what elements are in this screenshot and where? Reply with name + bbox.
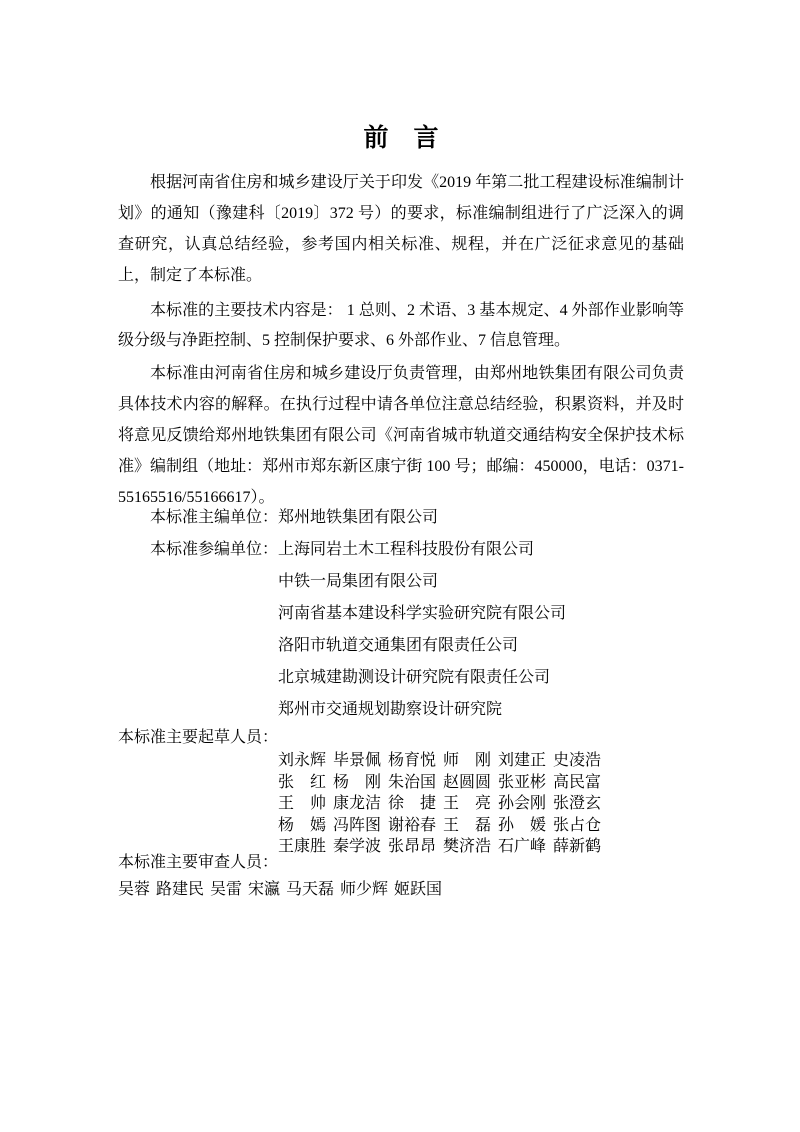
participant-value: 中铁一局集团有限公司 bbox=[118, 566, 684, 598]
participant-row: 河南省基本建设科学实验研究院有限公司 bbox=[118, 598, 684, 630]
intro-paragraph: 根据河南省住房和城乡建设厅关于印发《2019 年第二批工程建设标准编制计划》的通… bbox=[118, 167, 684, 291]
drafter-name-row: 王 帅 康龙洁 徐 捷 王 亮 孙会刚 张澄玄 bbox=[278, 793, 688, 815]
drafter-name-row: 刘永辉 毕景佩 杨育悦 师 刚 刘建正 史凌浩 bbox=[278, 750, 688, 772]
drafter-name-row: 王康胜 秦学波 张昂昂 樊济浩 石广峰 薛新鹤 bbox=[278, 836, 688, 858]
participant-value: 北京城建勘测设计研究院有限责任公司 bbox=[118, 662, 684, 694]
drafters-label: 本标准主要起草人员： bbox=[118, 722, 278, 754]
participant-label: 本标准参编单位： bbox=[150, 534, 278, 566]
participant-value: 河南省基本建设科学实验研究院有限公司 bbox=[118, 598, 684, 630]
participant-row: 中铁一局集团有限公司 bbox=[118, 566, 684, 598]
page-title: 前 言 bbox=[118, 123, 684, 153]
chief-editor-label: 本标准主编单位： bbox=[150, 502, 278, 534]
participant-row: 洛阳市轨道交通集团有限责任公司 bbox=[118, 630, 684, 662]
drafters-names: 刘永辉 毕景佩 杨育悦 师 刚 刘建正 史凌浩 张 红 杨 刚 朱治国 赵圆圆 … bbox=[278, 750, 688, 858]
participant-value: 洛阳市轨道交通集团有限责任公司 bbox=[118, 630, 684, 662]
reviewers-names: 吴蓉 路建民 吴雷 宋瀛 马天磊 师少辉 姬跃国 bbox=[118, 878, 684, 902]
drafter-name-row: 杨 嫣 冯阵图 谢裕春 王 磊 孙 媛 张占仓 bbox=[278, 815, 688, 837]
reviewers-label: 本标准主要审查人员： bbox=[118, 852, 278, 874]
drafter-name-row: 张 红 杨 刚 朱治国 赵圆圆 张亚彬 高民富 bbox=[278, 772, 688, 794]
management-paragraph: 本标准由河南省住房和城乡建设厅负责管理，由郑州地铁集团有限公司负责具体技术内容的… bbox=[118, 358, 684, 513]
organizations-list: 本标准主编单位： 郑州地铁集团有限公司 本标准参编单位： 上海同岩土木工程科技股… bbox=[118, 502, 684, 726]
document-page: 前 言 根据河南省住房和城乡建设厅关于印发《2019 年第二批工程建设标准编制计… bbox=[0, 0, 800, 1132]
chief-editor-row: 本标准主编单位： 郑州地铁集团有限公司 bbox=[118, 502, 684, 534]
participant-row: 本标准参编单位： 上海同岩土木工程科技股份有限公司 bbox=[118, 534, 684, 566]
contents-paragraph: 本标准的主要技术内容是： 1 总则、2 术语、3 基本规定、4 外部作业影响等级… bbox=[118, 296, 684, 356]
participant-row: 北京城建勘测设计研究院有限责任公司 bbox=[118, 662, 684, 694]
